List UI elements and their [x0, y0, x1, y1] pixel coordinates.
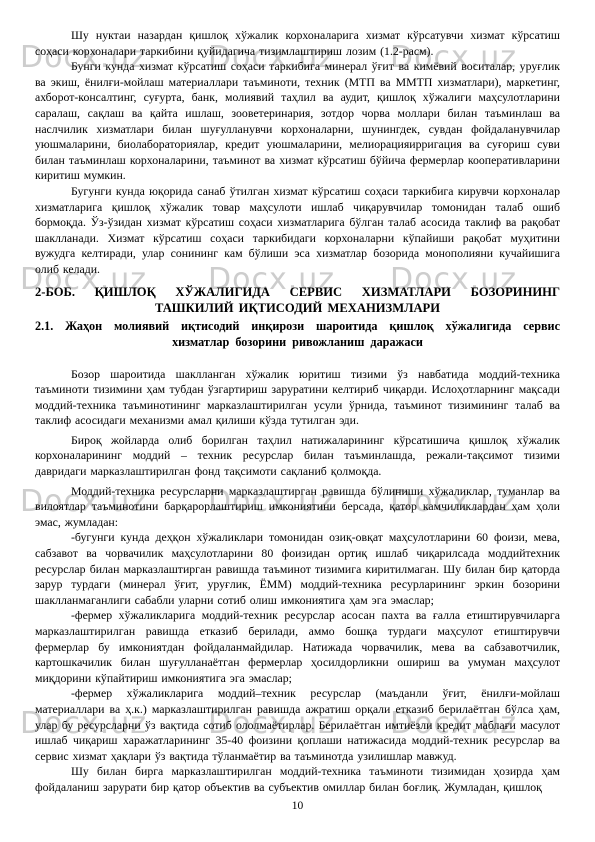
paragraph: Моддий-техника ресурсларни марказлаштирг…: [35, 484, 560, 531]
document-body: Шу нуктаи назардан қишлоқ хўжалик корхон…: [0, 0, 595, 813]
paragraph: Шу нуктаи назардан қишлоқ хўжалик корхон…: [35, 28, 560, 59]
page-number: 10: [35, 799, 560, 813]
paragraph: Бозор шароитида шаклланган хўжалик юрити…: [35, 367, 560, 429]
paragraph: Шу билан бирга марказлаштирилган моддий-…: [35, 764, 560, 795]
list-item-dash: -фермер хўжаликларига моддий–техник ресу…: [35, 686, 560, 764]
list-item-dash: -фермер хўжаликларига моддий-техник ресу…: [35, 608, 560, 686]
list-item-dash: -бугунги кунда деҳқон хўжаликлари томони…: [35, 530, 560, 608]
document-page: Docx.uz Docx.uz Docx.uz Docx.uz Docx.uz …: [0, 0, 595, 842]
section-heading: 2.1. Жаҳон молиявий иқтисодий инқирози ш…: [35, 318, 560, 351]
chapter-heading: 2-БОБ. ҚИШЛОҚ ХЎЖАЛИГИДА СЕРВИС ХИЗМАТЛА…: [35, 284, 560, 317]
paragraph: Бироқ жойларда олиб борилган таҳлил нати…: [35, 433, 560, 480]
paragraph: Бугунги кунда юқорида санаб ўтилган хизм…: [35, 184, 560, 278]
paragraph: Бунги кунда хизмат кўрсатиш соҳаси тарки…: [35, 59, 560, 184]
